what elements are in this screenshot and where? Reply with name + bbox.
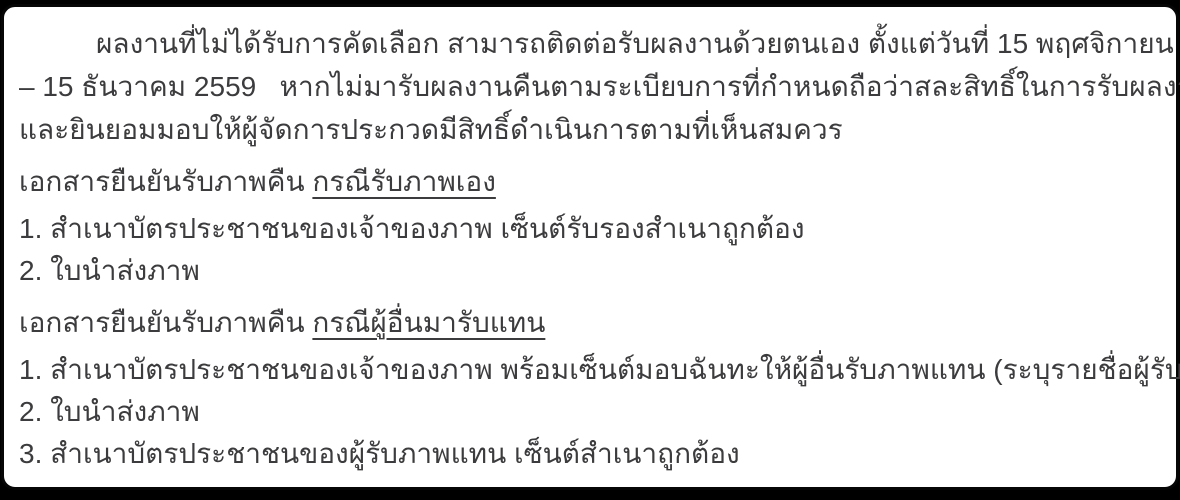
list-item: 2. ใบนำส่งภาพ	[19, 250, 1156, 292]
section-heading-prefix: เอกสารยืนยันรับภาพคืน	[19, 166, 312, 197]
intro-paragraph: ผลงานที่ไม่ได้รับการคัดเลือก สามารถติดต่…	[19, 22, 1156, 151]
paragraph-line: ผลงานที่ไม่ได้รับการคัดเลือก สามารถติดต่…	[19, 22, 1156, 65]
self-pickup-list: 1. สำเนาบัตรประชาชนของเจ้าของภาพ เซ็นต์ร…	[19, 208, 1156, 292]
section-heading-self-pickup: เอกสารยืนยันรับภาพคืน กรณีรับภาพเอง	[19, 160, 1156, 203]
section-heading-prefix: เอกสารยืนยันรับภาพคืน	[19, 307, 312, 338]
list-item: 3. สำเนาบัตรประชาชนของผู้รับภาพแทน เซ็นต…	[19, 433, 1156, 475]
section-heading-proxy-pickup: เอกสารยืนยันรับภาพคืน กรณีผู้อื่นมารับแท…	[19, 301, 1156, 344]
page-background: ผลงานที่ไม่ได้รับการคัดเลือก สามารถติดต่…	[0, 0, 1180, 500]
list-item: 2. ใบนำส่งภาพ	[19, 391, 1156, 433]
list-item: 1. สำเนาบัตรประชาชนของเจ้าของภาพ เซ็นต์ร…	[19, 208, 1156, 250]
case-label-self-pickup: กรณีรับภาพเอง	[312, 166, 495, 197]
paragraph-line: – 15 ธันวาคม 2559 หากไม่มารับผลงานคืนตาม…	[19, 65, 1156, 108]
paragraph-line: และยินยอมมอบให้ผู้จัดการประกวดมีสิทธิ์ดำ…	[19, 108, 1156, 151]
document-card: ผลงานที่ไม่ได้รับการคัดเลือก สามารถติดต่…	[1, 4, 1179, 490]
case-label-proxy-pickup: กรณีผู้อื่นมารับแทน	[312, 307, 545, 338]
proxy-pickup-list: 1. สำเนาบัตรประชาชนของเจ้าของภาพ พร้อมเซ…	[19, 349, 1156, 475]
list-item: 1. สำเนาบัตรประชาชนของเจ้าของภาพ พร้อมเซ…	[19, 349, 1156, 391]
